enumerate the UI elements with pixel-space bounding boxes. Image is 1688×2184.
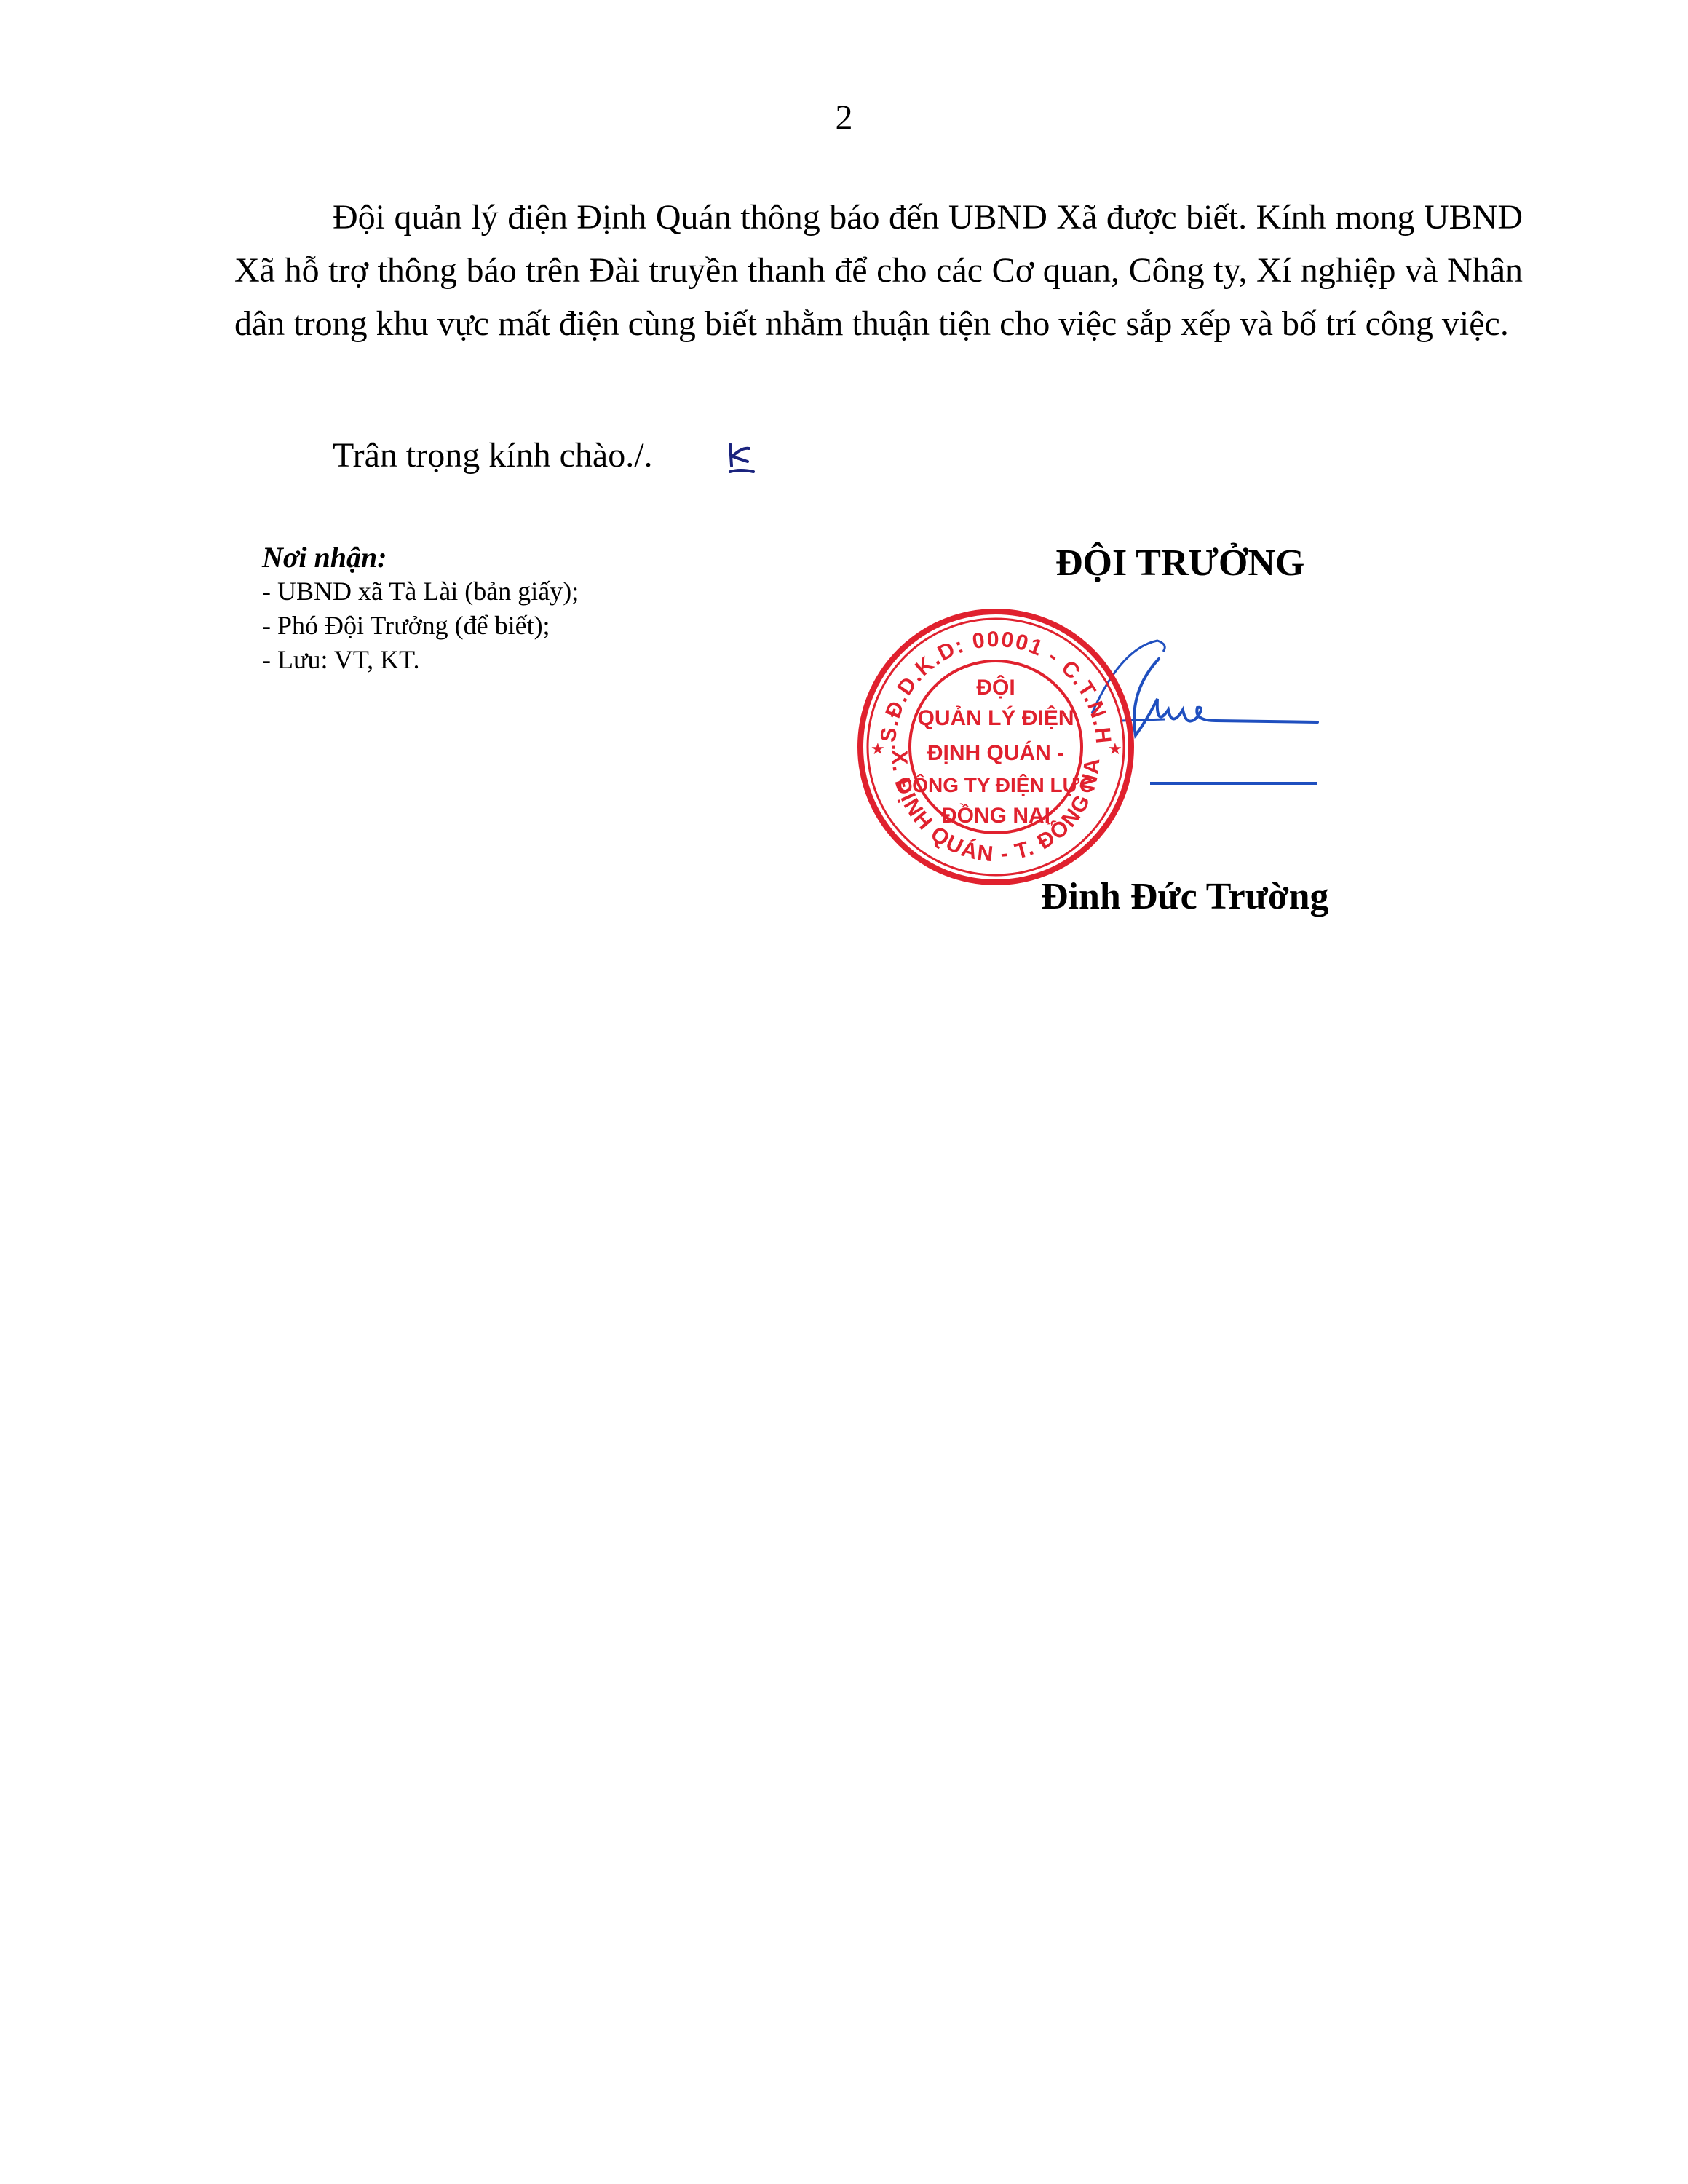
official-stamp: M.S.Đ.D.K.D: 00001 - C.T.N.H.H X. ĐỊNH Q… — [850, 601, 1141, 893]
closing-line: Trân trọng kính chào./. — [333, 434, 653, 478]
svg-text:ĐỊNH QUÁN -: ĐỊNH QUÁN - — [927, 740, 1064, 765]
page-number: 2 — [0, 100, 1688, 135]
recipients-block: Nơi nhận: - UBND xã Tà Lài (bản giấy); -… — [262, 541, 579, 677]
svg-text:QUẢN LÝ ĐIỆN: QUẢN LÝ ĐIỆN — [917, 705, 1074, 730]
recipient-item: - Phó Đội Trưởng (để biết); — [262, 609, 579, 643]
handwritten-initial-icon — [724, 441, 761, 476]
svg-text:ĐỒNG NAI: ĐỒNG NAI — [941, 803, 1050, 828]
svg-text:★: ★ — [871, 740, 885, 758]
svg-text:ĐỘI: ĐỘI — [976, 675, 1015, 700]
signer-title: ĐỘI TRƯỞNG — [1055, 542, 1304, 585]
svg-text:CÔNG TY ĐIỆN LỰC: CÔNG TY ĐIỆN LỰC — [898, 773, 1094, 796]
recipients-title: Nơi nhận: — [262, 541, 579, 574]
svg-text:★: ★ — [1108, 740, 1122, 758]
recipient-item: - UBND xã Tà Lài (bản giấy); — [262, 574, 579, 609]
recipient-item: - Lưu: VT, KT. — [262, 643, 579, 677]
body-paragraph: Đội quản lý điện Định Quán thông báo đến… — [234, 191, 1523, 350]
signer-name: Đinh Đức Trường — [1041, 875, 1329, 919]
